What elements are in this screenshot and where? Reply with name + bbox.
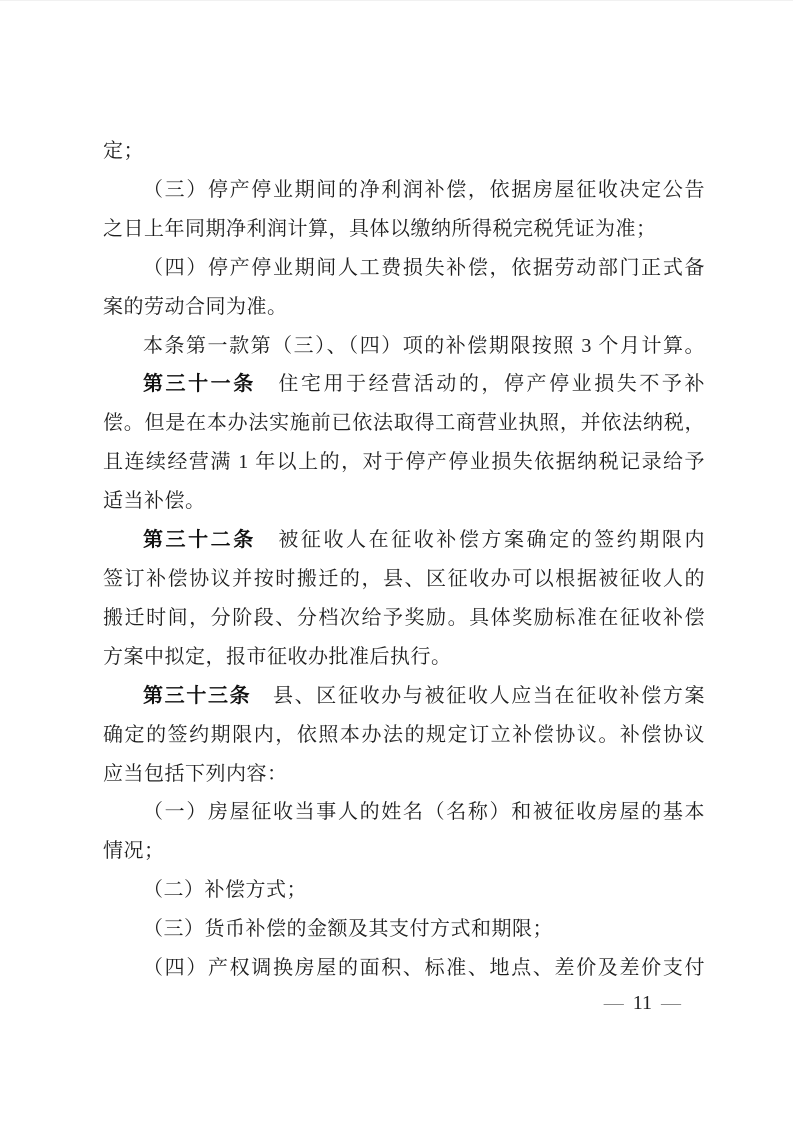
line-text: 签订补偿协议并按时搬迁的，县、区征收办可以根据被征收人的 <box>103 568 705 590</box>
line-text: 应当包括下列内容： <box>103 763 288 785</box>
line-text: 情况； <box>103 840 165 862</box>
text-line: （三）货币补偿的金额及其支付方式和期限； <box>103 910 705 949</box>
text-line: （一）房屋征收当事人的姓名（名称）和被征收房屋的基本 <box>103 793 705 832</box>
line-text: （一）房屋征收当事人的姓名（名称）和被征收房屋的基本 <box>143 801 705 823</box>
line-text: 县、区征收办与被征收人应当在征收补偿方案 <box>251 685 705 707</box>
text-line: （四）产权调换房屋的面积、标准、地点、差价及差价支付 <box>103 949 705 988</box>
line-text: （二）补偿方式； <box>143 879 307 901</box>
footer-dash-right: — <box>661 992 681 1014</box>
article-number: 第三十三条 <box>143 685 251 707</box>
text-line: 情况； <box>103 832 705 871</box>
text-line: （四）停产停业期间人工费损失补偿，依据劳动部门正式备 <box>103 249 705 288</box>
line-text: 搬迁时间，分阶段、分档次给予奖励。具体奖励标准在征收补偿 <box>103 607 705 629</box>
text-line: 之日上年同期净利润计算，具体以缴纳所得税完税凭证为准； <box>103 210 705 249</box>
text-line: 本条第一款第（三）、（四）项的补偿期限按照 3 个月计算。 <box>103 327 705 366</box>
line-text: 方案中拟定，报市征收办批准后执行。 <box>103 646 452 668</box>
page-footer: —11— <box>103 989 705 1017</box>
text-line: 且连续经营满 1 年以上的，对于停产停业损失依据纳税记录给予 <box>103 443 705 482</box>
line-text: （三）货币补偿的金额及其支付方式和期限； <box>143 918 553 940</box>
text-line: 搬迁时间，分阶段、分档次给予奖励。具体奖励标准在征收补偿 <box>103 599 705 638</box>
line-text: 偿。但是在本办法实施前已依法取得工商营业执照，并依法纳税， <box>103 412 705 434</box>
line-text: 确定的签约期限内，依照本办法的规定订立补偿协议。补偿协议 <box>103 724 705 746</box>
article-number: 第三十一条 <box>143 373 256 395</box>
text-line: 第三十一条 住宅用于经营活动的，停产停业损失不予补 <box>103 365 705 404</box>
line-text: （四）停产停业期间人工费损失补偿，依据劳动部门正式备 <box>143 257 705 279</box>
line-text: 适当补偿。 <box>103 490 206 512</box>
line-text: 之日上年同期净利润计算，具体以缴纳所得税完税凭证为准； <box>103 218 657 240</box>
article-number: 第三十二条 <box>143 529 256 551</box>
text-line: 偿。但是在本办法实施前已依法取得工商营业执照，并依法纳税， <box>103 404 705 443</box>
page-body: 定； （三）停产停业期间的净利润补偿，依据房屋征收决定公告 之日上年同期净利润计… <box>103 132 705 988</box>
text-line: 第三十三条 县、区征收办与被征收人应当在征收补偿方案 <box>103 677 705 716</box>
line-text: 且连续经营满 1 年以上的，对于停产停业损失依据纳税记录给予 <box>103 451 705 473</box>
line-text: 本条第一款第（三）、（四）项的补偿期限按照 3 个月计算。 <box>143 335 705 357</box>
text-line: 第三十二条 被征收人在征收补偿方案确定的签约期限内 <box>103 521 705 560</box>
footer-dash-left: — <box>604 992 624 1014</box>
line-text: （三）停产停业期间的净利润补偿，依据房屋征收决定公告 <box>143 179 705 201</box>
text-line: 方案中拟定，报市征收办批准后执行。 <box>103 638 705 677</box>
text-line: 定； <box>103 132 705 171</box>
line-text: 被征收人在征收补偿方案确定的签约期限内 <box>256 529 705 551</box>
line-text: （四）产权调换房屋的面积、标准、地点、差价及差价支付 <box>143 957 705 979</box>
page-number: 11 <box>633 992 652 1014</box>
text-line: 案的劳动合同为准。 <box>103 288 705 327</box>
line-text: 定； <box>103 140 144 162</box>
document-page: 定； （三）停产停业期间的净利润补偿，依据房屋征收决定公告 之日上年同期净利润计… <box>0 0 793 1123</box>
text-line: 适当补偿。 <box>103 482 705 521</box>
text-line: （三）停产停业期间的净利润补偿，依据房屋征收决定公告 <box>103 171 705 210</box>
text-line: 确定的签约期限内，依照本办法的规定订立补偿协议。补偿协议 <box>103 716 705 755</box>
text-line: 签订补偿协议并按时搬迁的，县、区征收办可以根据被征收人的 <box>103 560 705 599</box>
text-line: 应当包括下列内容： <box>103 755 705 794</box>
line-text: 案的劳动合同为准。 <box>103 296 288 318</box>
line-text: 住宅用于经营活动的，停产停业损失不予补 <box>256 373 705 395</box>
text-line: （二）补偿方式； <box>103 871 705 910</box>
